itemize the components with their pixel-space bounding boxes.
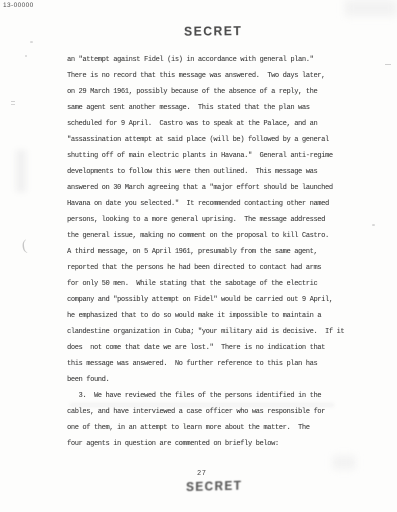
text-line: on 29 March 1961, possibly because of th…: [67, 84, 367, 100]
text-line: Havana on date you selected." It recomme…: [67, 196, 367, 212]
text-line: same agent sent another message. This st…: [67, 100, 367, 116]
text-line: There is no record that this message was…: [67, 68, 367, 84]
text-line: answered on 30 March agreeing that a "ma…: [67, 180, 367, 196]
scan-artifact-smudge: [333, 456, 355, 469]
text-line: scheduled for 9 April. Castro was to spe…: [67, 116, 367, 132]
scan-artifact-speck: [372, 224, 375, 226]
text-line: developments to follow this were then ou…: [67, 164, 367, 180]
scan-artifact-speck: [30, 41, 33, 43]
text-line: been found.: [67, 372, 367, 388]
text-line: clandestine organization in Cuba; "your …: [67, 324, 367, 340]
text-line: for only 50 men. While stating that the …: [67, 276, 367, 292]
scan-id-label: 13-00000: [3, 2, 34, 9]
classification-stamp-bottom: SECRET: [186, 480, 242, 495]
scan-artifact-corner-shade: [345, 0, 397, 16]
classification-stamp-top: SECRET: [184, 23, 242, 39]
pencil-margin-mark: (: [21, 238, 28, 255]
text-line: cables, and have interviewed a case offi…: [67, 404, 367, 420]
text-line: the general issue, making no comment on …: [67, 228, 367, 244]
text-line: does not come that date we are lost." Th…: [67, 340, 367, 356]
text-line: 3. We have reviewed the files of the per…: [67, 388, 367, 404]
page-number: 27: [197, 470, 206, 478]
scan-artifact-dash: [385, 64, 391, 65]
document-page: 13-00000 ( SECRET an "attempt against Fi…: [0, 0, 397, 512]
text-line: one of them, in an attempt to learn more…: [67, 420, 367, 436]
scan-artifact-smudge: [16, 150, 26, 192]
text-line: "assassination attempt at said place (wi…: [67, 132, 367, 148]
scan-artifact-speck: [25, 55, 27, 57]
text-line: A third message, on 5 April 1961, presum…: [67, 244, 367, 260]
text-line: four agents in question are commented on…: [67, 436, 367, 452]
text-line: reported that the persons he had been di…: [67, 260, 367, 276]
text-line: company and "possibly attempt on Fidel" …: [67, 292, 367, 308]
text-line: persons, looking to a more general upris…: [67, 212, 367, 228]
scan-artifact-margin-mark: [11, 101, 15, 105]
text-line: shutting off of main electric plants in …: [67, 148, 367, 164]
text-line: he emphasized that to do so would make i…: [67, 308, 367, 324]
text-line: this message was answered. No further re…: [67, 356, 367, 372]
text-line: an "attempt against Fidel (is) in accord…: [67, 52, 367, 68]
document-body: an "attempt against Fidel (is) in accord…: [67, 52, 367, 452]
